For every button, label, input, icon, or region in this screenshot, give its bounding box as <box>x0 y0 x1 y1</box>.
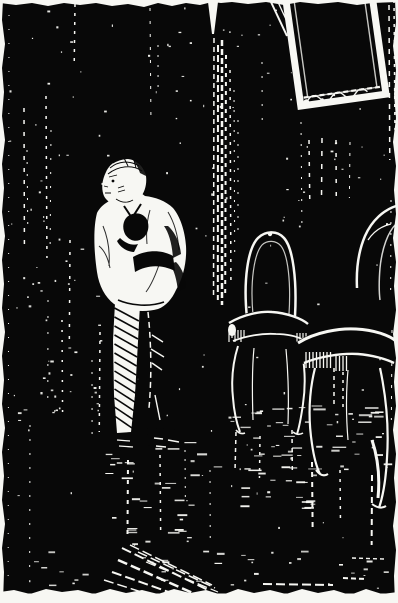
speckle <box>14 395 15 396</box>
floor-glint <box>371 440 374 441</box>
floor-glint <box>276 422 283 423</box>
floor-glint <box>301 551 309 553</box>
floor-glint <box>220 106 222 108</box>
speckle <box>54 396 56 398</box>
floor-glint <box>286 189 288 190</box>
floor-glint <box>241 487 250 489</box>
floor-glint <box>261 453 265 455</box>
floor-glint <box>355 454 360 455</box>
floor-glint <box>296 497 303 498</box>
floor-glint <box>333 94 335 96</box>
floor-glint <box>316 446 322 448</box>
floor-glint <box>283 220 285 222</box>
floor-glint <box>51 390 54 392</box>
speckle <box>256 357 258 358</box>
floor-glint <box>270 25 271 26</box>
engraving-scene: A man in a light shirt and striped trous… <box>0 0 398 603</box>
speckle <box>43 216 44 218</box>
speckle <box>169 46 171 47</box>
floor-glint <box>142 557 146 558</box>
speckle <box>376 265 378 266</box>
speckle <box>40 181 42 182</box>
floor-glint <box>41 567 47 569</box>
speckle <box>202 475 203 476</box>
speckle <box>179 388 180 390</box>
floor-glint <box>125 462 134 463</box>
speckle <box>290 457 291 459</box>
speckle <box>251 562 253 564</box>
floor-glint <box>298 200 299 201</box>
floor-glint <box>24 409 28 410</box>
floor-glint <box>232 107 233 108</box>
floor-glint <box>161 580 168 581</box>
floor-glint <box>168 448 180 450</box>
speckle <box>240 468 241 470</box>
floor-glint <box>333 447 347 448</box>
floor-glint <box>267 425 271 426</box>
floor-glint <box>56 410 58 412</box>
floor-glint <box>54 410 55 412</box>
eye <box>112 180 115 183</box>
floor-glint <box>349 99 351 101</box>
floor-glint <box>267 491 270 493</box>
floor-glint <box>336 436 343 438</box>
floor-glint <box>297 558 301 560</box>
floor-glint <box>182 76 185 77</box>
floor-glint <box>113 202 115 204</box>
floor-glint <box>231 584 234 585</box>
floor-glint <box>162 561 169 563</box>
speckle <box>284 392 286 394</box>
floor-glint <box>140 501 148 502</box>
floor-glint <box>384 463 393 465</box>
floor-glint <box>287 408 293 410</box>
floor-glint <box>66 155 68 156</box>
floor-glint <box>299 407 306 408</box>
speckle <box>49 372 51 374</box>
speckle <box>247 445 248 446</box>
floor-glint <box>39 191 41 193</box>
floor-glint <box>34 561 39 562</box>
floor-glint <box>284 217 285 218</box>
floor-glint <box>184 442 196 443</box>
speckle <box>28 429 30 431</box>
floor-glint <box>98 325 101 326</box>
floor-glint <box>32 38 33 39</box>
floor-glint <box>308 469 322 470</box>
floor-glint <box>40 290 42 291</box>
floor-glint <box>372 447 376 449</box>
floor-glint <box>196 581 201 582</box>
speckle <box>55 280 57 282</box>
speckle <box>362 389 364 390</box>
speckle <box>52 412 54 413</box>
floor-glint <box>233 417 242 418</box>
floor-glint <box>327 424 333 425</box>
floor-glint <box>179 32 182 33</box>
floor-glint <box>302 508 311 509</box>
speckle <box>336 142 337 144</box>
floor-glint <box>242 496 250 498</box>
floor-glint <box>70 374 72 376</box>
floor-glint <box>384 571 389 573</box>
speckle <box>231 485 232 487</box>
floor-glint <box>371 412 380 414</box>
floor-glint <box>98 227 100 228</box>
speckle <box>99 135 101 137</box>
floor-glint <box>100 340 103 341</box>
floor-glint <box>276 445 280 446</box>
reflection-column <box>160 455 161 530</box>
floor-glint <box>106 203 107 204</box>
floor-glint <box>258 34 260 35</box>
floor-glint <box>359 414 372 416</box>
floor-glint <box>83 574 89 576</box>
floor-glint <box>272 408 284 409</box>
floor-glint <box>356 434 363 435</box>
speckle <box>205 235 206 237</box>
floor-glint <box>305 421 310 422</box>
speckle <box>203 105 204 107</box>
speckle <box>299 226 301 228</box>
speckle <box>377 588 379 589</box>
speckle <box>244 580 246 582</box>
speckle <box>223 30 225 31</box>
floor-glint <box>339 564 343 566</box>
floor-glint <box>214 466 223 467</box>
floor-glint <box>229 417 232 419</box>
floor-glint <box>335 414 338 416</box>
floor-glint <box>177 514 187 516</box>
floor-glint <box>56 26 58 28</box>
speckle <box>204 354 205 355</box>
floor-glint <box>104 111 107 113</box>
floor-glint <box>348 413 353 415</box>
speckle <box>361 147 362 148</box>
floor-glint <box>241 35 243 36</box>
chair-back-knob <box>268 232 272 236</box>
floor-glint <box>18 420 21 421</box>
floor-glint <box>344 469 349 471</box>
floor-glint <box>241 427 251 428</box>
floor-glint <box>240 505 249 507</box>
speckle <box>257 492 258 494</box>
speckle <box>211 193 213 195</box>
floor-glint <box>61 51 62 52</box>
floor-glint <box>43 377 46 379</box>
speckle <box>265 283 267 284</box>
speckle <box>71 492 72 494</box>
floor-glint <box>132 498 140 500</box>
floor-glint <box>74 280 75 281</box>
floor-glint <box>258 473 265 475</box>
floor-glint <box>248 559 255 560</box>
floor-glint <box>72 583 74 585</box>
speckle <box>211 430 212 432</box>
floor-glint <box>70 391 72 392</box>
speckle <box>251 449 253 451</box>
speckle <box>166 172 168 174</box>
floor-glint <box>254 455 262 456</box>
illustration-plate: A man in a light shirt and striped trous… <box>0 0 398 603</box>
floor-glint <box>112 517 117 519</box>
floor-glint <box>375 454 383 456</box>
speckle <box>364 575 366 576</box>
floor-glint <box>36 267 37 268</box>
speckle <box>59 239 61 241</box>
floor-glint <box>151 562 153 564</box>
floor-glint <box>132 543 138 545</box>
floor-glint <box>98 410 99 412</box>
floor-glint <box>18 412 22 414</box>
floor-glint <box>229 31 231 33</box>
floor-glint <box>312 406 323 407</box>
speckle <box>270 245 271 247</box>
speckle <box>156 91 157 93</box>
floor-glint <box>162 487 171 489</box>
floor-glint <box>282 454 293 456</box>
floor-glint <box>107 155 110 157</box>
floor-glint <box>244 468 250 470</box>
speckle <box>40 392 42 394</box>
floor-glint <box>342 169 344 170</box>
floor-glint <box>127 528 137 529</box>
floor-glint <box>231 421 235 422</box>
floor-glint <box>289 562 292 564</box>
floor-glint <box>27 296 29 298</box>
floor-glint <box>271 446 275 447</box>
floor-glint <box>38 282 41 284</box>
floor-glint <box>162 571 167 572</box>
speckle <box>23 277 25 279</box>
floor-glint <box>161 560 168 561</box>
floor-glint <box>105 473 113 474</box>
floor-glint <box>297 455 301 456</box>
floor-glint <box>313 408 325 410</box>
speckle <box>380 179 381 180</box>
speckle <box>226 197 228 199</box>
speckle <box>46 320 48 322</box>
floor-glint <box>241 555 246 556</box>
speckle <box>271 552 273 554</box>
speckle <box>286 158 288 160</box>
speckle <box>323 522 324 523</box>
floor-glint <box>122 477 133 479</box>
floor-glint <box>365 407 379 409</box>
floor-glint <box>47 11 50 13</box>
floor-glint <box>110 464 115 466</box>
floor-glint <box>165 483 176 484</box>
floor-glint <box>191 460 195 462</box>
floor-glint <box>253 437 259 438</box>
floor-glint <box>302 482 307 483</box>
speckle <box>11 223 12 225</box>
floor-glint <box>49 585 56 587</box>
floor-glint <box>270 480 275 481</box>
floor-glint <box>217 553 225 555</box>
floor-glint <box>374 416 384 418</box>
speckle <box>196 228 198 230</box>
floor-glint <box>282 466 291 468</box>
floor-glint <box>144 507 152 508</box>
floor-glint <box>283 425 289 426</box>
speckle <box>317 304 319 306</box>
floor-glint <box>286 480 292 482</box>
floor-glint <box>74 579 78 581</box>
speckle <box>245 404 247 405</box>
speckle <box>17 307 18 309</box>
floor-glint <box>81 249 85 251</box>
floor-glint <box>340 465 344 467</box>
floor-glint <box>106 454 113 455</box>
speckle <box>184 7 185 9</box>
speckle <box>352 419 354 420</box>
speckle <box>190 42 192 44</box>
speckle <box>29 580 30 582</box>
floor-glint <box>59 408 61 410</box>
floor-glint <box>191 474 200 476</box>
floor-glint <box>291 59 293 61</box>
speckle <box>202 366 204 368</box>
floor-glint <box>97 403 99 404</box>
speckle <box>10 90 12 92</box>
floor-glint <box>190 100 192 102</box>
speckle <box>180 142 181 144</box>
floor-glint <box>48 83 51 85</box>
floor-glint <box>74 351 77 353</box>
speckle <box>307 146 308 148</box>
floor-glint <box>331 151 334 153</box>
floor-glint <box>292 447 302 448</box>
floor-glint <box>66 260 68 262</box>
floor-glint <box>95 392 97 394</box>
speckle <box>343 537 344 538</box>
floor-glint <box>111 458 120 459</box>
floor-glint <box>254 573 259 575</box>
speckle <box>248 307 250 308</box>
floor-glint <box>50 361 54 363</box>
speckle <box>186 500 188 501</box>
floor-glint <box>145 541 150 543</box>
floor-glint <box>189 505 195 506</box>
floor-glint <box>96 296 100 297</box>
floor-glint <box>358 422 371 423</box>
speckle <box>290 99 292 101</box>
floor-glint <box>267 73 270 74</box>
floor-glint <box>35 124 37 125</box>
floor-glint <box>284 436 295 437</box>
floor-glint <box>155 448 162 450</box>
speckle <box>278 527 280 529</box>
floor-glint <box>331 450 339 452</box>
floor-glint <box>155 483 160 485</box>
speckle <box>358 177 360 178</box>
floor-glint <box>215 563 223 564</box>
floor-glint <box>43 221 45 222</box>
floor-glint <box>303 192 305 193</box>
floor-glint <box>176 90 178 92</box>
floor-glint <box>386 223 388 225</box>
speckle <box>112 25 113 27</box>
floor-glint <box>197 453 207 455</box>
speckle <box>9 141 11 142</box>
floor-glint <box>260 410 263 412</box>
floor-glint <box>352 441 355 442</box>
speckle <box>337 421 339 423</box>
floor-glint <box>175 529 184 531</box>
floor-glint <box>68 283 70 285</box>
floor-glint <box>59 155 60 157</box>
speckle <box>384 155 385 156</box>
speckle <box>48 361 49 362</box>
floor-glint <box>180 519 183 521</box>
speckle <box>167 44 168 46</box>
floor-glint <box>203 551 209 553</box>
speckle <box>216 81 218 82</box>
floor-glint <box>94 387 97 389</box>
speckle <box>80 71 81 72</box>
speckle <box>133 471 134 473</box>
floor-glint <box>376 436 382 438</box>
floor-glint <box>48 551 55 553</box>
speckle <box>31 209 32 211</box>
floor-glint <box>168 532 180 534</box>
floor-glint <box>117 462 123 463</box>
floor-glint <box>68 348 71 349</box>
floor-glint <box>59 571 63 572</box>
floor-glint <box>290 467 298 468</box>
floor-glint <box>148 55 150 57</box>
speckle <box>237 46 239 47</box>
floor-glint <box>273 456 281 457</box>
speckle <box>382 433 384 434</box>
speckle <box>212 168 214 169</box>
floor-glint <box>313 475 317 477</box>
floor-glint <box>32 283 34 285</box>
speckle <box>187 541 189 543</box>
speckle <box>73 96 74 97</box>
floor-glint <box>367 561 373 563</box>
speckle <box>18 495 20 496</box>
floor-glint <box>175 500 185 502</box>
speckle <box>172 567 173 569</box>
floor-glint <box>176 118 178 119</box>
floor-glint-line <box>343 578 366 579</box>
floor-glint <box>178 531 186 532</box>
speckle <box>291 72 292 73</box>
floor-glint <box>351 573 355 574</box>
floor-glint <box>29 305 32 307</box>
floor-glint <box>70 41 73 43</box>
left-shoe <box>113 433 139 451</box>
floor-glint <box>266 496 271 497</box>
floor-glint <box>364 568 368 570</box>
floor-glint <box>187 537 192 538</box>
speckle <box>334 159 335 161</box>
